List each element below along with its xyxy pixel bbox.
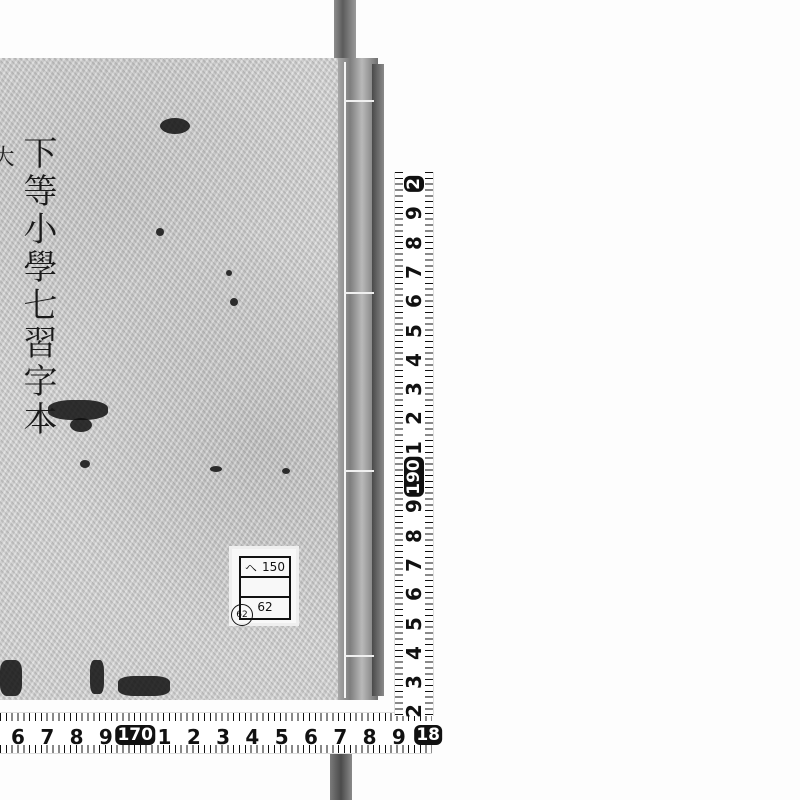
stain — [230, 298, 238, 306]
horizontal-ruler: 678917012345678918 — [0, 712, 432, 754]
ruler-label: 8 — [360, 725, 380, 749]
ruler-label: 7 — [402, 265, 426, 279]
ruler-label: 5 — [402, 617, 426, 631]
ruler-label: 8 — [402, 236, 426, 250]
ruler-label: 3 — [402, 675, 426, 689]
ruler-label: 4 — [402, 353, 426, 367]
ruler-label: 9 — [96, 725, 116, 749]
stain — [118, 676, 170, 696]
ruler-label: 2 — [402, 704, 426, 718]
ruler-label: 190 — [404, 457, 424, 497]
ruler-label: 6 — [8, 725, 28, 749]
ruler-label: 8 — [402, 529, 426, 543]
binding-stitch — [344, 292, 374, 294]
ruler-ticks — [425, 172, 433, 716]
stain — [90, 660, 104, 694]
ruler-label: 6 — [402, 587, 426, 601]
binding-stitch — [344, 470, 374, 472]
book-title: 下等小學七習字本 — [4, 135, 54, 439]
ownership-stamp: 62 — [231, 604, 253, 626]
label-row-1: ヘ 150 — [241, 558, 289, 578]
ruler-label: 7 — [330, 725, 350, 749]
binding-thread — [344, 62, 346, 698]
label-call-number: 150 — [262, 560, 285, 574]
ruler-label: 4 — [402, 646, 426, 660]
ruler-label: 3 — [213, 725, 233, 749]
ruler-label: 2 — [184, 725, 204, 749]
ruler-label: 1 — [402, 441, 426, 455]
stain — [0, 660, 22, 696]
stain — [80, 460, 90, 468]
ruler-label: 18 — [414, 725, 442, 745]
stain — [226, 270, 232, 276]
scan-canvas: 大 下等小學七習字本 ヘ 150 62 62 67891701234567891… — [0, 0, 800, 800]
spine-edge — [372, 64, 384, 696]
stain — [70, 418, 92, 432]
stain — [282, 468, 290, 474]
vertical-ruler: 298765432119098765432 — [394, 172, 434, 716]
ruler-label: 5 — [402, 324, 426, 338]
ruler-label: 8 — [67, 725, 87, 749]
ruler-label: 9 — [389, 725, 409, 749]
ruler-label: 7 — [402, 558, 426, 572]
stain — [210, 466, 222, 472]
ruler-label: 5 — [272, 725, 292, 749]
ruler-label: 9 — [402, 499, 426, 513]
ruler-label: 9 — [402, 206, 426, 220]
ruler-label: 1 — [155, 725, 175, 749]
stain — [156, 228, 164, 236]
label-volume-number: 62 — [257, 600, 272, 614]
ruler-label: 2 — [402, 411, 426, 425]
ruler-label: 170 — [115, 725, 155, 745]
binding-stitch — [344, 655, 374, 657]
ruler-ticks — [0, 713, 432, 721]
stain — [48, 400, 108, 420]
ruler-label: 3 — [402, 382, 426, 396]
stain — [160, 118, 190, 134]
ruler-label: 2 — [404, 176, 424, 192]
ruler-label: 6 — [402, 294, 426, 308]
support-strip-bottom — [330, 752, 352, 800]
ruler-label: 6 — [301, 725, 321, 749]
label-row-2 — [241, 578, 289, 598]
ruler-label: 7 — [37, 725, 57, 749]
support-strip-top — [334, 0, 356, 62]
binding-stitch — [344, 100, 374, 102]
label-mark: ヘ — [245, 559, 257, 576]
ruler-label: 4 — [242, 725, 262, 749]
